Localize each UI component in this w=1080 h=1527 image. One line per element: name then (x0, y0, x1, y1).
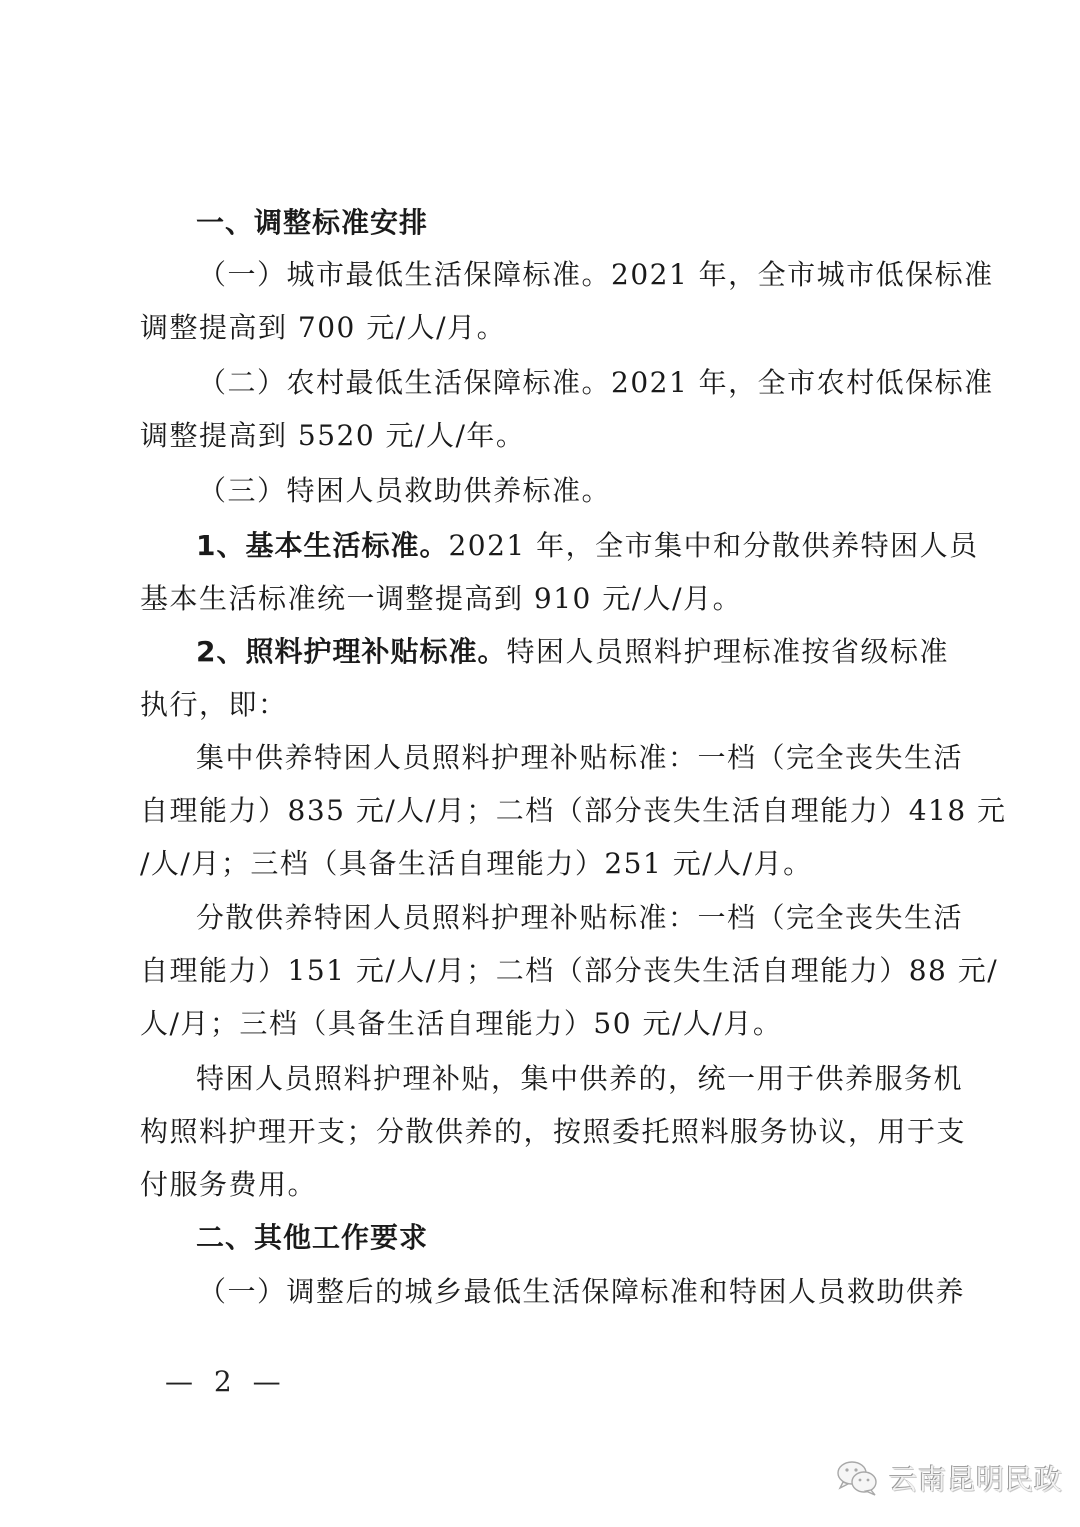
basic-living-line-2: 基本生活标准统一调整提高到 910 元/人/月。 (140, 581, 945, 617)
watermark-text: 云南昆明民政 (889, 1458, 1063, 1498)
centralized-care-line-2: 自理能力）835 元/人/月；二档（部分丧失生活自理能力）418 元 (140, 793, 945, 829)
page-number: — 2 — (165, 1364, 287, 1400)
usage-line-2: 构照料护理开支；分散供养的，按照委托照料服务协议，用于支 (140, 1114, 945, 1150)
adjusted-standard-line-1: （一）调整后的城乡最低生活保障标准和特困人员救助供养 (198, 1274, 1003, 1310)
usage-line-3: 付服务费用。 (140, 1167, 945, 1203)
rural-standard-line-1: （二）农村最低生活保障标准。2021 年，全市农村低保标准 (198, 365, 1003, 401)
care-subsidy-rest: 特困人员照料护理标准按省级标准 (506, 635, 949, 668)
basic-living-rest: 2021 年，全市集中和分散供养特困人员 (448, 529, 978, 562)
dispersed-care-line-1: 分散供养特困人员照料护理补贴标准：一档（完全丧失生活 (196, 900, 946, 936)
care-subsidy-lead: 2、照料护理补贴标准。 (196, 635, 506, 668)
dispersed-care-line-2: 自理能力）151 元/人/月；二档（部分丧失生活自理能力）88 元/ (140, 953, 945, 989)
care-subsidy-line-2: 执行，即： (140, 687, 945, 723)
centralized-care-line-1: 集中供养特困人员照料护理补贴标准：一档（完全丧失生活 (196, 740, 946, 776)
basic-living-line-1: 1、基本生活标准。2021 年，全市集中和分散供养特困人员 (196, 528, 946, 564)
usage-line-1: 特困人员照料护理补贴，集中供养的，统一用于供养服务机 (196, 1061, 946, 1097)
section-heading-2: 二、其他工作要求 (196, 1220, 946, 1256)
section-heading-1: 一、调整标准安排 (196, 205, 946, 241)
document-page: 一、调整标准安排 （一）城市最低生活保障标准。2021 年，全市城市低保标准 调… (0, 0, 1080, 1527)
wechat-icon (835, 1458, 881, 1498)
dispersed-care-line-3: 人/月；三档（具备生活自理能力）50 元/人/月。 (140, 1006, 945, 1042)
care-subsidy-line-1: 2、照料护理补贴标准。特困人员照料护理标准按省级标准 (196, 634, 946, 670)
centralized-care-line-3: /人/月；三档（具备生活自理能力）251 元/人/月。 (140, 846, 945, 882)
wechat-watermark: 云南昆明民政 (835, 1458, 1063, 1498)
urban-standard-line-2: 调整提高到 700 元/人/月。 (140, 310, 945, 346)
urban-standard-line-1: （一）城市最低生活保障标准。2021 年，全市城市低保标准 (198, 257, 1003, 293)
rural-standard-line-2: 调整提高到 5520 元/人/年。 (140, 418, 945, 454)
special-standard-heading: （三）特困人员救助供养标准。 (198, 473, 1003, 509)
basic-living-lead: 1、基本生活标准。 (196, 529, 448, 562)
